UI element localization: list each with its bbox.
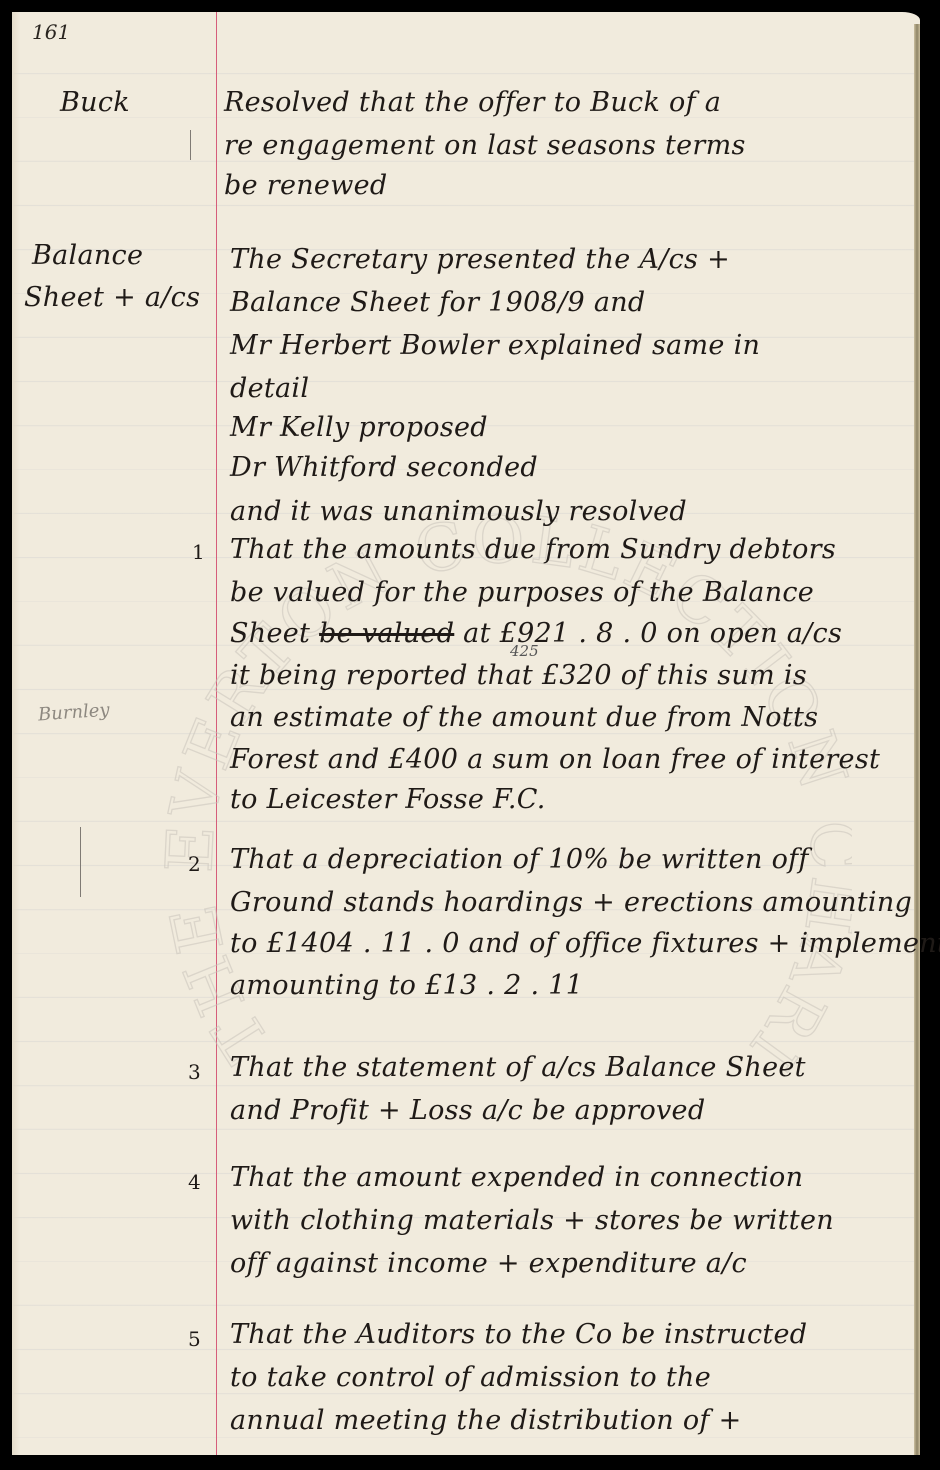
ledger-page: THE EVERTON COLLECTION CHARITABLE TRUST … <box>12 12 920 1455</box>
entry-line: be renewed <box>224 170 387 201</box>
entry-line: it being reported that £320 of this sum … <box>230 660 807 691</box>
correction-superscript: 425 <box>510 642 539 660</box>
margin-tick-mark <box>190 130 191 160</box>
resolution-number: 4 <box>188 1170 201 1194</box>
entry-line: That the Auditors to the Co be instructe… <box>230 1319 807 1350</box>
entry-line: to £1404 . 11 . 0 and of office fixtures… <box>230 928 940 959</box>
entry-line: Dr Whitford seconded <box>230 452 538 483</box>
page-number: 161 <box>32 20 70 44</box>
entry-line: That the amount expended in connection <box>230 1162 803 1193</box>
entry-line: with clothing materials + stores be writ… <box>230 1205 834 1236</box>
margin-note-balance: Balance <box>32 240 143 271</box>
entry-line: Mr Kelly proposed <box>230 412 488 443</box>
entry-line: to take control of admission to the <box>230 1362 711 1393</box>
resolution-number: 1 <box>192 540 205 564</box>
entry-line: an estimate of the amount due from Notts <box>230 702 818 733</box>
resolution-number: 5 <box>188 1327 201 1351</box>
resolution-number: 2 <box>188 852 201 876</box>
entry-line: amounting to £13 . 2 . 11 <box>230 970 583 1001</box>
entry-line: Forest and £400 a sum on loan free of in… <box>230 744 880 775</box>
margin-note-buck: Buck <box>60 87 130 118</box>
entry-line: The Secretary presented the A/cs + <box>230 244 730 275</box>
pencil-tick-mark <box>80 827 81 897</box>
entry-line: detail <box>230 373 309 404</box>
entry-line: That the statement of a/cs Balance Sheet <box>230 1052 806 1083</box>
entry-line: off against income + expenditure a/c <box>230 1248 747 1279</box>
entry-line: to Leicester Fosse F.C. <box>230 784 546 815</box>
struck-out-text: be valued <box>319 618 454 649</box>
entry-line: That the amounts due from Sundry debtors <box>230 534 836 565</box>
entry-line: That a depreciation of 10% be written of… <box>230 844 809 875</box>
margin-note-sheet-accounts: Sheet + a/cs <box>24 282 200 313</box>
entry-line: re engagement on last seasons terms <box>224 130 746 161</box>
entry-line: and it was unanimously resolved <box>230 496 687 527</box>
entry-line: Mr Herbert Bowler explained same in <box>230 330 760 361</box>
entry-text: Sheet <box>230 618 310 649</box>
entry-line: Resolved that the offer to Buck of a <box>224 87 721 118</box>
page-binding-edge <box>914 24 920 1455</box>
resolution-number: 3 <box>188 1060 201 1084</box>
entry-line: annual meeting the distribution of + <box>230 1405 742 1436</box>
entry-line: Balance Sheet for 1908/9 and <box>230 287 646 318</box>
entry-line: Ground stands hoardings + erections amou… <box>230 887 912 918</box>
entry-line: and Profit + Loss a/c be approved <box>230 1095 705 1126</box>
entry-line: be valued for the purposes of the Balanc… <box>230 577 814 608</box>
pencil-note-burnley: Burnley <box>37 700 110 726</box>
red-margin-line <box>216 12 217 1455</box>
